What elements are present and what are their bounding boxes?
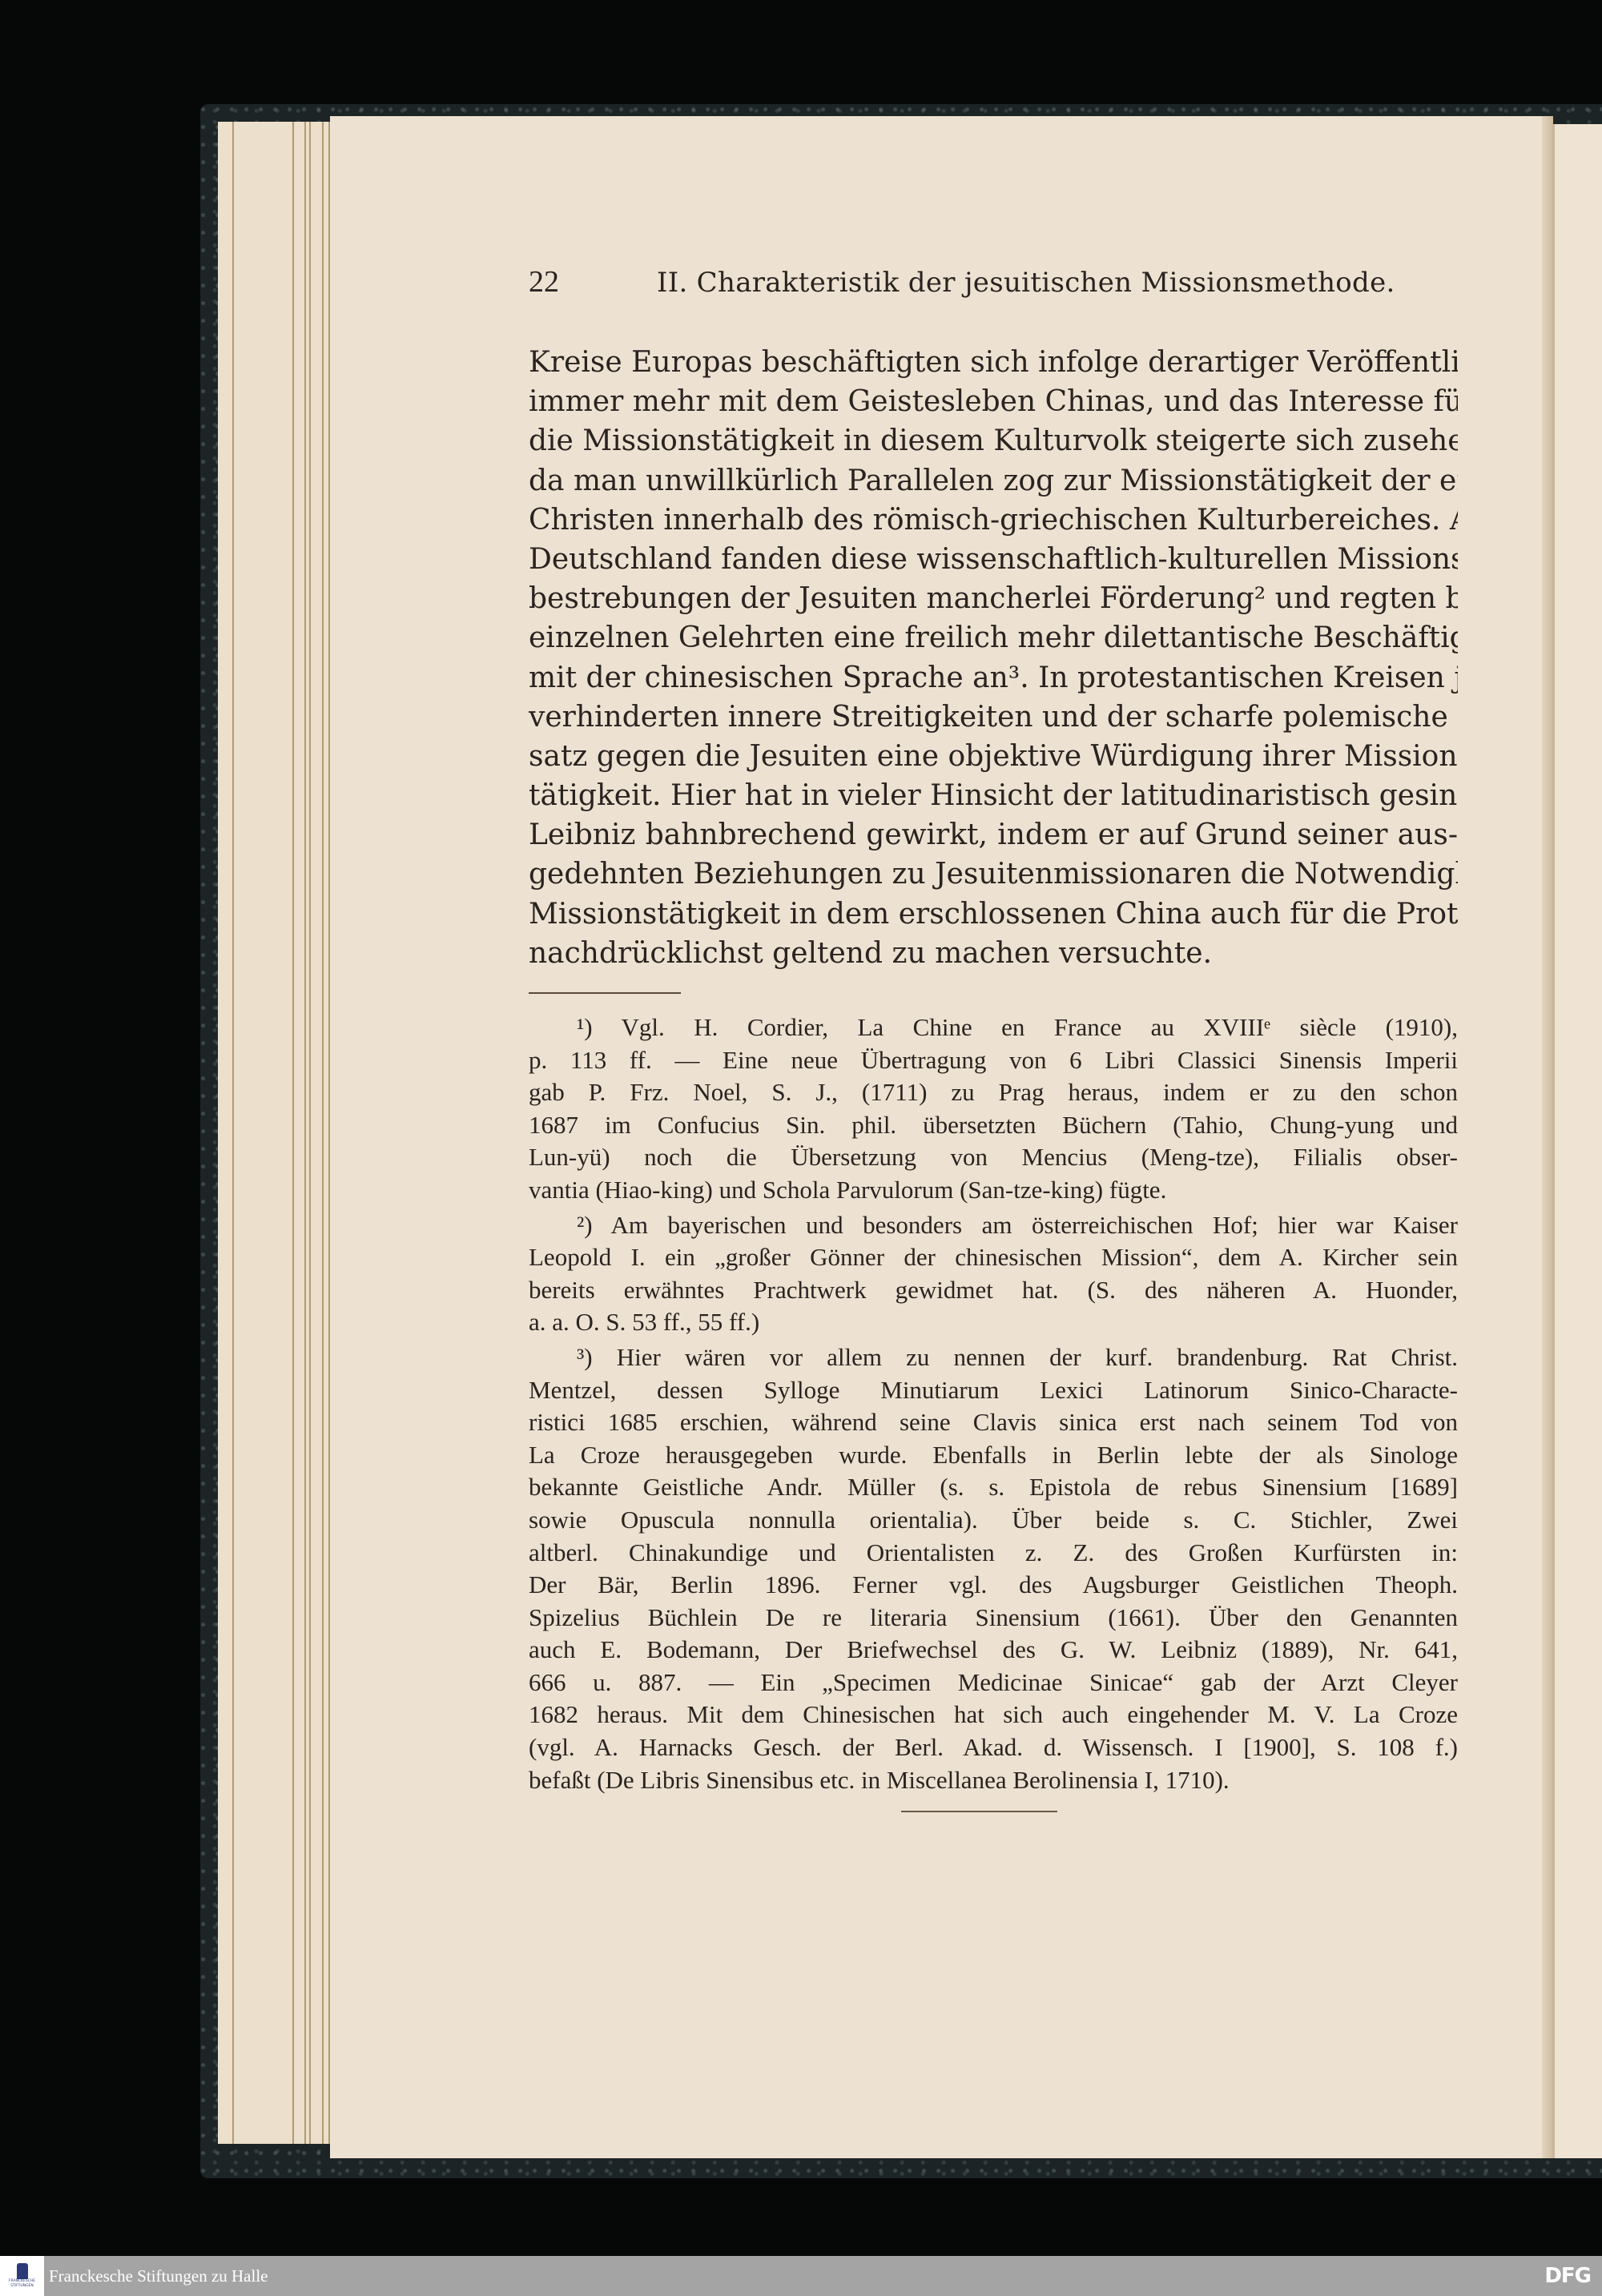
footnote-line: a. a. O. S. 53 ff., 55 ff.) xyxy=(529,1306,1458,1339)
body-paragraph: Kreise Europas beschäftigten sich infolg… xyxy=(529,343,1458,973)
orphanage-emblem-icon xyxy=(17,2263,28,2279)
body-line: Kreise Europas beschäftigten sich infolg… xyxy=(529,343,1458,382)
footnote-line: ¹) Vgl. H. Cordier, La Chine en France a… xyxy=(529,1011,1458,1044)
body-line: mit der chinesischen Sprache an³. In pro… xyxy=(529,658,1458,698)
page-edges-left xyxy=(218,122,330,2144)
footnote-line: 1687 im Confucius Sin. phil. übersetzten… xyxy=(529,1109,1458,1142)
gutter-shadow xyxy=(1542,116,1553,2158)
leaf-edge xyxy=(322,122,324,2144)
footnote-line: Der Bär, Berlin 1896. Ferner vgl. des Au… xyxy=(529,1569,1458,1602)
footnote-line: ³) Hier wären vor allem zu nennen der ku… xyxy=(529,1341,1458,1374)
body-line: gedehnten Beziehungen zu Jesuitenmission… xyxy=(529,854,1458,894)
footnote-2: ²) Am bayerischen und besonders am öster… xyxy=(529,1209,1458,1339)
leaf-edge xyxy=(232,122,234,2144)
leaf-edge xyxy=(292,122,294,2144)
footnote-line: altberl. Chinakundige und Orientalisten … xyxy=(529,1537,1458,1570)
footnote-line: bereits erwähntes Prachtwerk gewidmet ha… xyxy=(529,1274,1458,1307)
viewer-footer: FRANCKESCHE STIFTUNGEN Franckesche Stift… xyxy=(0,2256,1602,2296)
footnote-line: p. 113 ff. — Eine neue Übertragung von 6… xyxy=(529,1044,1458,1077)
footnote-line: Mentzel, dessen Sylloge Minutiarum Lexic… xyxy=(529,1374,1458,1407)
footnote-line: Spizelius Büchlein De re literaria Sinen… xyxy=(529,1602,1458,1635)
body-line: tätigkeit. Hier hat in vieler Hinsicht d… xyxy=(529,776,1458,815)
end-of-page-rule xyxy=(901,1811,1057,1812)
footnote-line: 1682 heraus. Mit dem Chinesischen hat si… xyxy=(529,1699,1458,1731)
footnotes: ¹) Vgl. H. Cordier, La Chine en France a… xyxy=(529,1011,1458,1796)
running-head: 22 II. Charakteristik der jesuitischen M… xyxy=(529,264,1458,320)
body-line: die Missionstätigkeit in diesem Kulturvo… xyxy=(529,421,1458,460)
institution-name: Franckesche Stiftungen zu Halle xyxy=(49,2266,268,2286)
footnote-3: ³) Hier wären vor allem zu nennen der ku… xyxy=(529,1341,1458,1796)
body-line: Leibniz bahnbrechend gewirkt, indem er a… xyxy=(529,815,1458,854)
footnote-line: sowie Opuscula nonnulla orientalia). Übe… xyxy=(529,1504,1458,1537)
body-line: Deutschland fanden diese wissenschaftlic… xyxy=(529,540,1458,579)
logo-text-line: FRANCKESCHE xyxy=(9,2279,35,2283)
footnote-line: vantia (Hiao-king) und Schola Parvulorum… xyxy=(529,1174,1458,1207)
footnote-line: Leopold I. ein „großer Gönner der chines… xyxy=(529,1241,1458,1274)
footnote-line: befaßt (De Libris Sinensibus etc. in Mis… xyxy=(529,1764,1458,1797)
body-line: bestrebungen der Jesuiten mancherlei För… xyxy=(529,579,1458,618)
logo-text-line: STIFTUNGEN xyxy=(10,2284,34,2288)
footnote-separator xyxy=(529,992,681,994)
footnote-line: gab P. Frz. Noel, S. J., (1711) zu Prag … xyxy=(529,1076,1458,1109)
footnote-line: auch E. Bodemann, Der Briefwechsel des G… xyxy=(529,1634,1458,1667)
leaf-edge xyxy=(309,122,311,2144)
footnote-line: (vgl. A. Harnacks Gesch. der Berl. Akad.… xyxy=(529,1731,1458,1764)
footnote-line: Lun-yü) noch die Übersetzung von Mencius… xyxy=(529,1141,1458,1174)
body-line: Christen innerhalb des römisch-griechisc… xyxy=(529,501,1458,540)
body-line: verhinderten innere Streitigkeiten und d… xyxy=(529,698,1458,737)
body-line: nachdrücklichst geltend zu machen versuc… xyxy=(529,934,1458,973)
body-line: satz gegen die Jesuiten eine objektive W… xyxy=(529,737,1458,776)
footnote-line: ristici 1685 erschien, während seine Cla… xyxy=(529,1406,1458,1439)
page-text: 22 II. Charakteristik der jesuitischen M… xyxy=(529,264,1458,1799)
leaf-edge xyxy=(304,122,306,2144)
institution-logo[interactable]: FRANCKESCHE STIFTUNGEN xyxy=(0,2256,44,2296)
footnote-line: ²) Am bayerischen und besonders am öster… xyxy=(529,1209,1458,1242)
page-number: 22 xyxy=(529,264,657,300)
body-line: da man unwillkürlich Parallelen zog zur … xyxy=(529,461,1458,501)
body-line: Missionstätigkeit in dem erschlossenen C… xyxy=(529,895,1458,934)
footnote-1: ¹) Vgl. H. Cordier, La Chine en France a… xyxy=(529,1011,1458,1207)
logo-text: FRANCKESCHE STIFTUNGEN xyxy=(9,2279,35,2289)
body-line: immer mehr mit dem Geistesleben Chinas, … xyxy=(529,382,1458,421)
facing-page-edge xyxy=(1552,124,1602,2158)
body-line: einzelnen Gelehrten eine freilich mehr d… xyxy=(529,618,1458,657)
chapter-title: II. Charakteristik der jesuitischen Miss… xyxy=(657,267,1395,299)
dfg-logo[interactable]: DFG xyxy=(1544,2264,1591,2288)
footnote-line: bekannte Geistliche Andr. Müller (s. s. … xyxy=(529,1471,1458,1504)
footnote-line: La Croze herausgegeben wurde. Ebenfalls … xyxy=(529,1439,1458,1472)
footnote-line: 666 u. 887. — Ein „Specimen Medicinae Si… xyxy=(529,1667,1458,1699)
